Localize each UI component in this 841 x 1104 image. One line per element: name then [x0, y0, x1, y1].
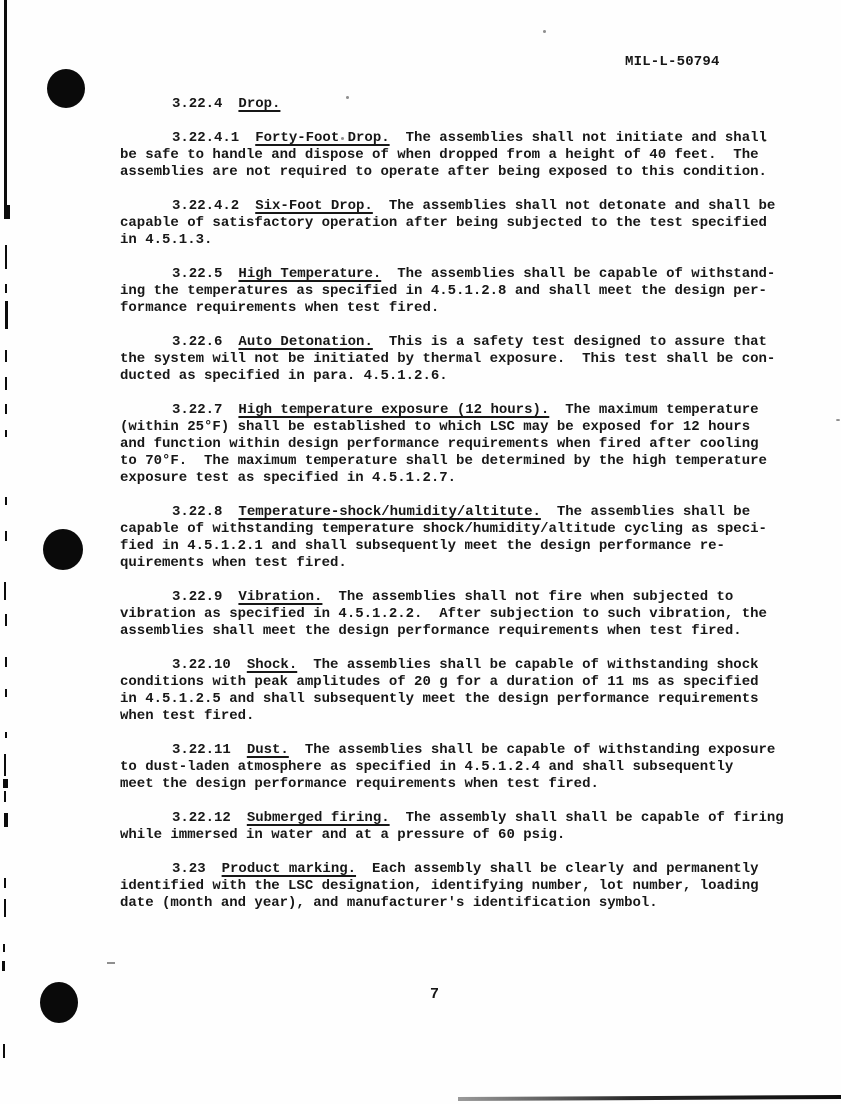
section-number: 3.22.5 [172, 266, 222, 282]
paragraph: 3.22.7High temperature exposure (12 hour… [120, 402, 820, 487]
punch-hole [47, 69, 85, 108]
scan-artifact [4, 791, 6, 802]
scan-edge-line [458, 1095, 841, 1101]
scan-artifact [4, 813, 8, 827]
section-title: Auto Detonation. [238, 334, 372, 350]
section-body: Each assembly shall be clearly and perma… [120, 861, 759, 911]
scan-artifact [5, 301, 8, 329]
scan-artifact [4, 899, 6, 917]
scan-artifact [5, 497, 7, 505]
scan-artifact [5, 614, 7, 626]
page-number: 7 [430, 986, 439, 1003]
section-number: 3.22.4.2 [172, 198, 239, 214]
paragraph: 3.22.4.1Forty-Foot Drop.The assemblies s… [120, 130, 820, 181]
section-title: Submerged firing. [247, 810, 390, 826]
document-number: MIL-L-50794 [625, 54, 720, 70]
section-title: Dust. [247, 742, 289, 758]
scan-artifact [5, 657, 7, 667]
paragraph: 3.22.6Auto Detonation.This is a safety t… [120, 334, 820, 385]
paragraph: 3.22.4Drop. [120, 96, 820, 113]
section-number: 3.22.4.1 [172, 130, 239, 146]
scan-artifact [5, 689, 7, 697]
scan-artifact [4, 878, 6, 888]
document-body: 3.22.4Drop. 3.22.4.1Forty-Foot Drop.The … [120, 96, 820, 929]
paragraph: 3.22.8Temperature-shock/humidity/altitut… [120, 504, 820, 572]
scan-artifact [2, 961, 5, 971]
section-number: 3.23 [172, 861, 206, 877]
section-number: 3.22.8 [172, 504, 222, 520]
scan-artifact [4, 0, 7, 212]
section-title: Forty-Foot Drop. [255, 130, 389, 146]
section-number: 3.22.12 [172, 810, 231, 826]
section-title: Product marking. [222, 861, 356, 877]
scan-speck [543, 30, 546, 33]
section-title: High Temperature. [238, 266, 381, 282]
scan-artifact [4, 582, 6, 600]
section-title: Shock. [247, 657, 297, 673]
section-number: 3.22.11 [172, 742, 231, 758]
punch-hole [40, 982, 78, 1023]
paragraph: 3.22.5High Temperature.The assemblies sh… [120, 266, 820, 317]
section-title: Vibration. [238, 589, 322, 605]
scan-artifact [5, 245, 7, 269]
section-number: 3.22.4 [172, 96, 222, 112]
section-title: Drop. [238, 96, 280, 112]
section-number: 3.22.10 [172, 657, 231, 673]
section-title: High temperature exposure (12 hours). [238, 402, 549, 418]
paragraph: 3.22.11Dust.The assemblies shall be capa… [120, 742, 820, 793]
scan-artifact [3, 1044, 5, 1058]
scan-artifact [5, 350, 7, 362]
paragraph: 3.23Product marking.Each assembly shall … [120, 861, 820, 912]
section-number: 3.22.7 [172, 402, 222, 418]
section-title: Temperature-shock/humidity/altitute. [238, 504, 540, 520]
scan-artifact [5, 732, 7, 738]
scan-artifact [3, 944, 5, 952]
scan-artifact [5, 404, 7, 414]
paragraph: 3.22.9Vibration.The assemblies shall not… [120, 589, 820, 640]
scan-speck [836, 419, 840, 421]
scan-artifact [4, 754, 6, 776]
scan-artifact [5, 377, 7, 390]
paragraph: 3.22.10Shock.The assemblies shall be cap… [120, 657, 820, 725]
section-number: 3.22.6 [172, 334, 222, 350]
scan-artifact [4, 205, 10, 219]
scan-artifact [3, 779, 8, 788]
scan-artifact [5, 430, 7, 437]
scan-speck [107, 962, 115, 964]
section-title: Six-Foot Drop. [255, 198, 373, 214]
section-number: 3.22.9 [172, 589, 222, 605]
scan-artifact [5, 284, 7, 293]
scan-artifact [5, 531, 7, 541]
paragraph: 3.22.12Submerged firing.The assembly sha… [120, 810, 820, 844]
document-page: MIL-L-50794 3.22.4Drop. 3.22.4.1Forty-Fo… [0, 0, 841, 1104]
punch-hole [43, 529, 83, 570]
paragraph: 3.22.4.2Six-Foot Drop.The assemblies sha… [120, 198, 820, 249]
